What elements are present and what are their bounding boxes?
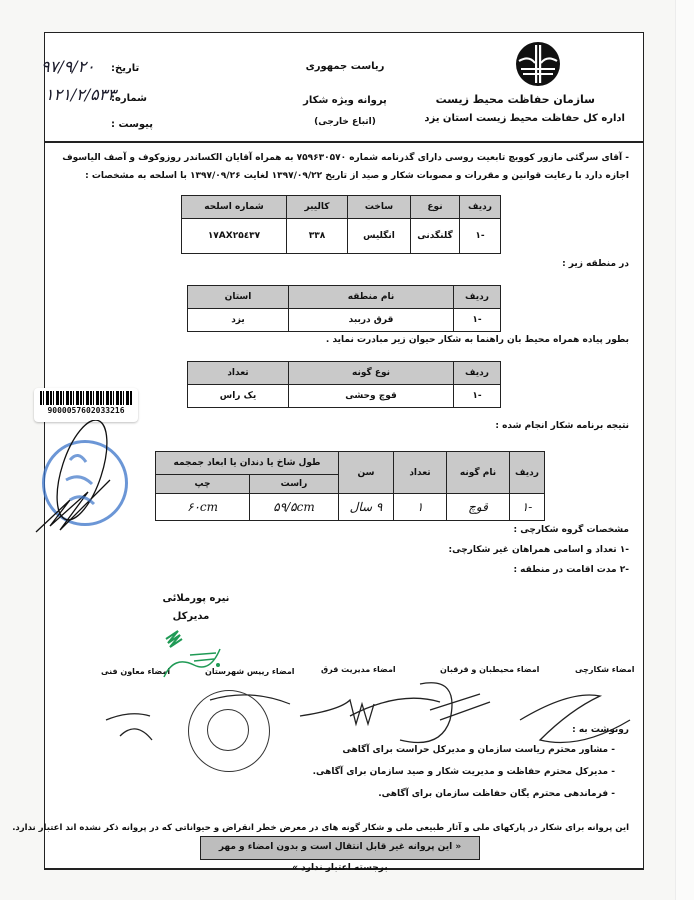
cell-left-horn: ۶۰cm bbox=[156, 494, 250, 521]
cell-serial: ۱۷AX۲۵٤۳۷ bbox=[182, 219, 287, 254]
director-title: مدیرکل bbox=[161, 611, 221, 622]
date-label: تاریخ: bbox=[111, 63, 139, 74]
col-row: ردیف bbox=[454, 286, 501, 309]
barcode-number: 9000057602033216 bbox=[34, 406, 138, 415]
signature-label-hunter: امضاء شکارچی bbox=[575, 665, 634, 674]
number-label: شماره: bbox=[111, 93, 147, 104]
cell-type: گلنگدنی bbox=[411, 219, 460, 254]
table-header-row: ردیف نام گونه تعداد سن طول شاخ یا دندان … bbox=[156, 452, 545, 475]
barcode-sticker: 9000057602033216 bbox=[34, 388, 138, 422]
table-header-row: ردیف نوع گونه تعداد bbox=[188, 362, 501, 385]
cell-right-horn: ۵۹/۵cm bbox=[250, 494, 339, 521]
animal-table: ردیف نوع گونه تعداد -۱ قوچ وحشی یک راس bbox=[187, 361, 501, 408]
group-item-2: -۲ مدت اقامت در منطقه : bbox=[513, 565, 629, 575]
hunt-result-table: ردیف نام گونه تعداد سن طول شاخ یا دندان … bbox=[155, 451, 545, 521]
table-row: -۱ قوچ وحشی یک راس bbox=[188, 385, 501, 408]
emblem-icon bbox=[207, 709, 249, 751]
cell-count: ۱ bbox=[394, 494, 447, 521]
cell-row: -۱ bbox=[454, 385, 501, 408]
table-header-row: ردیف نوع ساخت کالیبر شماره اسلحه bbox=[182, 196, 501, 219]
cell-row: -۱ bbox=[454, 309, 501, 332]
col-make: ساخت bbox=[348, 196, 411, 219]
col-region-name: نام منطقه bbox=[289, 286, 454, 309]
presidency-line: ریاست جمهوری bbox=[285, 61, 405, 72]
intro-line-2: اجازه دارد با رعایت قوانین و مقررات و مص… bbox=[85, 171, 629, 181]
table-row: -۱ قوچ ۱ ۹ سال ۵۹/۵cm ۶۰cm bbox=[156, 494, 545, 521]
document-subtitle: (اتباع خارجی) bbox=[285, 117, 405, 127]
col-caliber: کالیبر bbox=[287, 196, 348, 219]
region-table: ردیف نام منطقه استان -۱ قرق درببد یزد bbox=[187, 285, 501, 332]
director-name: نیره پورملائی bbox=[161, 593, 231, 604]
col-species-name: نام گونه bbox=[447, 452, 510, 494]
attachment-label: پیوست : bbox=[111, 119, 153, 130]
cell-species-type: قوچ وحشی bbox=[289, 385, 454, 408]
cell-caliber: ۳۳۸ bbox=[287, 219, 348, 254]
page-edge bbox=[675, 0, 694, 900]
cell-row: -۱ bbox=[510, 494, 545, 521]
cell-region-name: قرق درببد bbox=[289, 309, 454, 332]
result-intro: نتیجه برنامه شکار انجام شده : bbox=[495, 421, 629, 431]
signature-label-ranger: امضاء محیطبان و قرقبان bbox=[440, 665, 539, 674]
col-species-type: نوع گونه bbox=[289, 362, 454, 385]
col-province: استان bbox=[188, 286, 289, 309]
document-title: پروانه ویژه شکار bbox=[285, 95, 405, 106]
signature-scribbles-icon bbox=[100, 680, 640, 760]
official-round-stamp-icon bbox=[188, 690, 270, 772]
date-value-handwritten: ۹۷/۹/۲۰ bbox=[41, 57, 95, 76]
table-header-row: ردیف نام منطقه استان bbox=[188, 286, 501, 309]
cell-count: یک راس bbox=[188, 385, 289, 408]
region-intro: در منطقه زیر : bbox=[562, 259, 629, 269]
document-header: سازمان حفاظت محیط زیست اداره کل حفاظت مح… bbox=[45, 33, 643, 143]
col-count: تعداد bbox=[394, 452, 447, 494]
col-serial: شماره اسلحه bbox=[182, 196, 287, 219]
number-value-handwritten: ۱۲۱/۲/۵۳۳ bbox=[45, 85, 116, 104]
cell-make: انگلیس bbox=[348, 219, 411, 254]
organization-name: سازمان حفاظت محیط زیست bbox=[436, 93, 595, 106]
col-right: راست bbox=[250, 475, 339, 494]
intro-line-1: - آقای سرگئی مازور کوویچ تابعیت روسی دار… bbox=[62, 153, 629, 163]
non-transferable-notice: « این پروانه غیر قابل انتقال است و بدون … bbox=[200, 836, 480, 860]
cell-species-name: قوچ bbox=[447, 494, 510, 521]
col-count: تعداد bbox=[188, 362, 289, 385]
cell-age: ۹ سال bbox=[339, 494, 394, 521]
footer-note: این پروانه برای شکار در پارکهای ملی و آث… bbox=[12, 823, 629, 833]
animal-intro: بطور پیاده همراه محیط بان راهنما به شکار… bbox=[326, 335, 629, 345]
cc-item-3: - فرماندهی محترم یگان حفاظت سازمان برای … bbox=[378, 789, 615, 799]
col-row: ردیف bbox=[454, 362, 501, 385]
col-horn-length: طول شاخ یا دندان یا ابعاد جمجمه bbox=[156, 452, 339, 475]
table-row: -۱ قرق درببد یزد bbox=[188, 309, 501, 332]
environment-organization-logo-icon bbox=[515, 41, 561, 87]
cc-item-2: - مدیرکل محترم حفاظت و مدیریت شکار و صید… bbox=[313, 767, 615, 777]
weapon-table: ردیف نوع ساخت کالیبر شماره اسلحه -۱ گلنگ… bbox=[181, 195, 501, 254]
cell-row: -۱ bbox=[460, 219, 501, 254]
director-signature-icon bbox=[160, 625, 230, 685]
col-type: نوع bbox=[411, 196, 460, 219]
barcode-bars-icon bbox=[40, 391, 132, 405]
organization-department: اداره کل حفاظت محیط زیست استان یزد bbox=[424, 113, 625, 124]
col-row: ردیف bbox=[460, 196, 501, 219]
col-age: سن bbox=[339, 452, 394, 494]
cell-province: یزد bbox=[188, 309, 289, 332]
group-title: مشخصات گروه شکارچی : bbox=[514, 525, 629, 535]
handwritten-signature-icon bbox=[30, 420, 140, 540]
table-row: -۱ گلنگدنی انگلیس ۳۳۸ ۱۷AX۲۵٤۳۷ bbox=[182, 219, 501, 254]
col-left: چپ bbox=[156, 475, 250, 494]
signature-label-reserve-management: امضاء مدیریت قرق bbox=[321, 665, 396, 674]
group-item-1: -۱ تعداد و اسامی همراهان غیر شکارچی: bbox=[448, 545, 629, 555]
col-row: ردیف bbox=[510, 452, 545, 494]
